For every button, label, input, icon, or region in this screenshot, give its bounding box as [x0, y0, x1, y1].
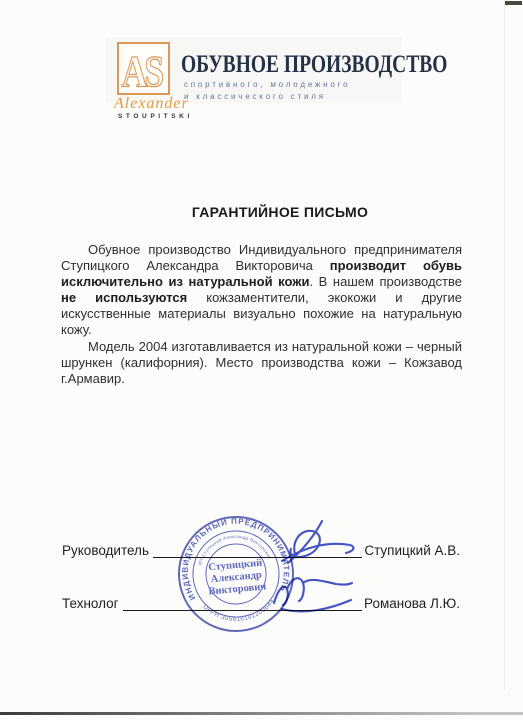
logo-monogram-icon: AS [119, 44, 168, 93]
company-name: ОБУВНОЕ ПРОИЗВОДСТВО [181, 51, 384, 79]
company-tagline-line2: и классического стиля [184, 92, 326, 101]
handwritten-signatures-icon [170, 505, 390, 630]
signature-role: Технолог [62, 596, 123, 611]
brand-signature-script: Alexander [114, 95, 189, 113]
paragraph-2: Модель 2004 изготавливается из натуральн… [61, 339, 462, 387]
text-segment: . В нашем производстве [309, 274, 462, 289]
letter-title: ГАРАНТИЙНОЕ ПИСЬМО [80, 204, 480, 220]
brand-surname-caps: STOUPITSKI [118, 113, 193, 120]
text-segment: не используются [61, 290, 187, 305]
svg-text:AS: AS [121, 47, 163, 93]
scanned-letter-page: AS ОБУВНОЕ ПРОИЗВОДСТВО спортивного, мол… [0, 0, 523, 720]
scan-corner-mark [505, 1, 522, 5]
letter-body: Обувное производство Индивидуального пре… [61, 242, 462, 387]
signature-role: Руководитель [62, 543, 153, 558]
company-tagline-line1: спортивного, молодежного [184, 80, 350, 89]
scan-bottom-edge [0, 712, 523, 715]
company-logo: AS [117, 42, 170, 95]
scan-edge-line [504, 0, 505, 690]
paragraph-1: Обувное производство Индивидуального пре… [61, 242, 462, 339]
